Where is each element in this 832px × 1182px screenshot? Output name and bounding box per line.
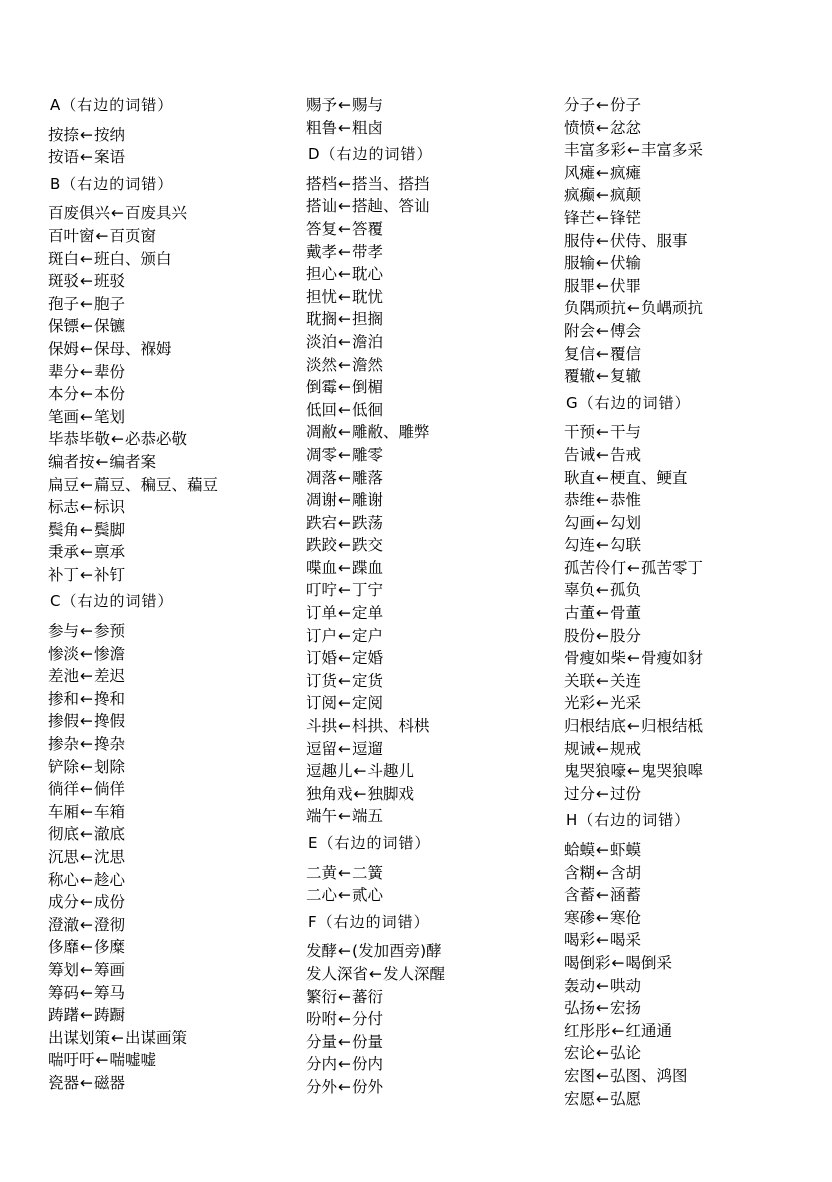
correct-word: 逗留	[306, 740, 337, 758]
left-arrow-icon: ←	[80, 1004, 93, 1027]
left-arrow-icon: ←	[338, 376, 351, 399]
wrong-word: 差迟	[94, 667, 125, 685]
wrong-word: 带孝	[352, 243, 383, 261]
wrong-word: 筹马	[94, 984, 125, 1002]
list-item: 答复←答覆	[306, 218, 556, 241]
wrong-word: 答覆	[352, 220, 383, 238]
list-item: 笔画←笔划	[48, 406, 298, 429]
wrong-word: 成份	[94, 893, 125, 911]
list-item: 服罪←伏罪	[564, 275, 814, 298]
list-item: 低回←低徊	[306, 399, 556, 422]
list-item: 扁豆←萹豆、稨豆、藊豆	[48, 474, 298, 497]
left-arrow-icon: ←	[338, 647, 351, 670]
correct-word: 掺和	[48, 690, 79, 708]
wrong-word: 喝倒采	[626, 954, 673, 972]
left-arrow-icon: ←	[80, 959, 93, 982]
wrong-word: 保母、褓姆	[94, 340, 172, 358]
left-arrow-icon: ←	[338, 738, 351, 761]
left-arrow-icon: ←	[80, 665, 93, 688]
wrong-word: 含胡	[610, 864, 641, 882]
list-item: 蛤蟆←虾蟆	[564, 839, 814, 862]
wrong-word: 骨瘦如豺	[641, 649, 703, 667]
left-arrow-icon: ←	[596, 207, 609, 230]
left-arrow-icon: ←	[627, 139, 640, 162]
list-item: 戴孝←带孝	[306, 241, 556, 264]
correct-word: 服输	[564, 254, 595, 272]
correct-word: 端午	[306, 807, 337, 825]
left-arrow-icon: ←	[80, 124, 93, 147]
correct-word: 分子	[564, 96, 595, 114]
correct-word: 彻底	[48, 825, 79, 843]
list-item: 出谋划策←出谋画策	[48, 1027, 298, 1050]
list-item: 斗拱←枓拱、枓栱	[306, 715, 556, 738]
wrong-word: 搀杂	[94, 735, 125, 753]
left-arrow-icon: ←	[596, 929, 609, 952]
left-arrow-icon: ←	[338, 218, 351, 241]
wrong-word: 搀和	[94, 690, 125, 708]
left-arrow-icon: ←	[80, 361, 93, 384]
list-item: 秉承←禀承	[48, 541, 298, 564]
list-item: 二黄←二簧	[306, 862, 556, 885]
list-item: 赐予←赐与	[306, 94, 556, 117]
left-arrow-icon: ←	[627, 297, 640, 320]
left-arrow-icon: ←	[596, 1088, 609, 1111]
wrong-word: 澈底	[94, 825, 125, 843]
wrong-word: 疯瘫	[610, 164, 641, 182]
correct-word: 惨淡	[48, 645, 79, 663]
correct-word: 叮咛	[306, 581, 337, 599]
correct-word: 负隅顽抗	[564, 299, 626, 317]
left-arrow-icon: ←	[80, 541, 93, 564]
left-arrow-icon: ←	[596, 320, 609, 343]
wrong-word: 耽心	[352, 265, 383, 283]
left-arrow-icon: ←	[80, 248, 93, 271]
wrong-word: 枓拱、枓栱	[352, 717, 430, 735]
left-arrow-icon: ←	[627, 760, 640, 783]
column-middle: 赐予←赐与粗鲁←粗卤D（右边的词错）搭档←搭当、搭挡搭讪←搭赸、答讪答复←答覆戴…	[306, 94, 556, 1099]
left-arrow-icon: ←	[596, 862, 609, 885]
left-arrow-icon: ←	[596, 625, 609, 648]
left-arrow-icon: ←	[338, 444, 351, 467]
left-arrow-icon: ←	[80, 383, 93, 406]
wrong-word: 澹然	[352, 356, 383, 374]
left-arrow-icon: ←	[596, 907, 609, 930]
left-arrow-icon: ←	[80, 756, 93, 779]
correct-word: 骨瘦如柴	[564, 649, 626, 667]
list-item: 服输←伏输	[564, 252, 814, 275]
wrong-word: 发人深醒	[383, 965, 445, 983]
list-item: 关联←关连	[564, 670, 814, 693]
wrong-word: 鬓脚	[94, 521, 125, 539]
correct-word: 规诫	[564, 740, 595, 758]
wrong-word: 蕃衍	[352, 988, 383, 1006]
correct-word: 关联	[564, 672, 595, 690]
left-arrow-icon: ←	[596, 738, 609, 761]
correct-word: 喋血	[306, 559, 337, 577]
list-item: 车厢←车箱	[48, 801, 298, 824]
left-arrow-icon: ←	[80, 474, 93, 497]
left-arrow-icon: ←	[596, 275, 609, 298]
correct-word: 干预	[564, 423, 595, 441]
correct-word: 红彤彤	[564, 1022, 611, 1040]
list-item: 百废俱兴←百废具兴	[48, 202, 298, 225]
correct-word: 愤愤	[564, 119, 595, 137]
list-item: 宏愿←弘愿	[564, 1088, 814, 1111]
list-item: 铲除←刬除	[48, 756, 298, 779]
correct-word: 分外	[306, 1078, 337, 1096]
list-item: 归根结底←归根结柢	[564, 715, 814, 738]
left-arrow-icon: ←	[80, 778, 93, 801]
wrong-word: 侈糜	[94, 938, 125, 956]
list-item: 复信←覆信	[564, 343, 814, 366]
list-item: 斑驳←班驳	[48, 270, 298, 293]
list-item: 耿直←梗直、鲠直	[564, 467, 814, 490]
list-item: 古董←骨董	[564, 602, 814, 625]
list-item: 百叶窗←百页窗	[48, 225, 298, 248]
correct-word: 澄澈	[48, 916, 79, 934]
left-arrow-icon: ←	[596, 489, 609, 512]
list-item: 愤愤←忿忿	[564, 117, 814, 140]
correct-word: 孤苦伶仃	[564, 559, 626, 577]
left-arrow-icon: ←	[80, 643, 93, 666]
correct-word: 答复	[306, 220, 337, 238]
correct-word: 担心	[306, 265, 337, 283]
wrong-word: 雕谢	[352, 491, 383, 509]
list-item: 服侍←伏侍、服事	[564, 230, 814, 253]
correct-word: 复信	[564, 345, 595, 363]
correct-word: 成分	[48, 893, 79, 911]
correct-word: 恭维	[564, 491, 595, 509]
correct-word: 服罪	[564, 277, 595, 295]
left-arrow-icon: ←	[80, 620, 93, 643]
correct-word: 锋芒	[564, 209, 595, 227]
left-arrow-icon: ←	[596, 117, 609, 140]
correct-word: 股份	[564, 627, 595, 645]
wrong-word: 辈份	[94, 363, 125, 381]
correct-word: 喝彩	[564, 931, 595, 949]
correct-word: 标志	[48, 498, 79, 516]
left-arrow-icon: ←	[80, 733, 93, 756]
list-item: 按捺←按纳	[48, 124, 298, 147]
left-arrow-icon: ←	[338, 940, 351, 963]
left-arrow-icon: ←	[80, 710, 93, 733]
correct-word: 保姆	[48, 340, 79, 358]
wrong-word: 倒楣	[352, 378, 383, 396]
correct-word: 斗拱	[306, 717, 337, 735]
left-arrow-icon: ←	[596, 884, 609, 907]
left-arrow-icon: ←	[338, 1053, 351, 1076]
wrong-word: 分付	[352, 1010, 383, 1028]
list-item: 保镖←保镳	[48, 315, 298, 338]
correct-word: 搭讪	[306, 197, 337, 215]
list-item: 过分←过份	[564, 783, 814, 806]
left-arrow-icon: ←	[338, 670, 351, 693]
correct-word: 订单	[306, 604, 337, 622]
left-arrow-icon: ←	[338, 263, 351, 286]
left-arrow-icon: ←	[80, 496, 93, 519]
wrong-word: 二簧	[352, 864, 383, 882]
correct-word: 踌躇	[48, 1006, 79, 1024]
list-item: 分量←份量	[306, 1031, 556, 1054]
wrong-word: 虾蟆	[610, 841, 641, 859]
left-arrow-icon: ←	[338, 625, 351, 648]
correct-word: 订户	[306, 627, 337, 645]
wrong-word: (发加酉旁)酵	[352, 942, 442, 960]
left-arrow-icon: ←	[596, 692, 609, 715]
correct-word: 疯癫	[564, 186, 595, 204]
left-arrow-icon: ←	[338, 467, 351, 490]
correct-word: 辜负	[564, 581, 595, 599]
correct-word: 分内	[306, 1055, 337, 1073]
list-item: 规诫←规戒	[564, 738, 814, 761]
correct-word: 分量	[306, 1033, 337, 1051]
wrong-word: 粗卤	[352, 119, 383, 137]
left-arrow-icon: ←	[80, 936, 93, 959]
list-item: 差池←差迟	[48, 665, 298, 688]
correct-word: 筹码	[48, 984, 79, 1002]
left-arrow-icon: ←	[80, 315, 93, 338]
wrong-word: 赐与	[352, 96, 383, 114]
left-arrow-icon: ←	[96, 451, 109, 474]
wrong-word: 必恭必敬	[125, 430, 187, 448]
correct-word: 毕恭毕敬	[48, 430, 110, 448]
list-item: 彻底←澈底	[48, 823, 298, 846]
wrong-word: 定单	[352, 604, 383, 622]
wrong-word: 份外	[352, 1078, 383, 1096]
wrong-word: 份内	[352, 1055, 383, 1073]
list-item: 跌跤←跌交	[306, 534, 556, 557]
list-item: 徜徉←倘佯	[48, 778, 298, 801]
wrong-word: 宏扬	[610, 999, 641, 1017]
correct-word: 按捺	[48, 126, 79, 144]
list-item: 光彩←光采	[564, 692, 814, 715]
list-item: 股份←股分	[564, 625, 814, 648]
left-arrow-icon: ←	[596, 467, 609, 490]
wrong-word: 百废具兴	[125, 204, 187, 222]
wrong-word: 傅会	[610, 322, 641, 340]
wrong-word: 复辙	[610, 367, 641, 385]
list-item: 斑白←班白、颁白	[48, 248, 298, 271]
wrong-word: 低徊	[352, 401, 383, 419]
left-arrow-icon: ←	[338, 602, 351, 625]
correct-word: 百废俱兴	[48, 204, 110, 222]
correct-word: 含蓄	[564, 886, 595, 904]
correct-word: 参与	[48, 622, 79, 640]
wrong-word: 编者案	[110, 453, 157, 471]
list-item: 订婚←定婚	[306, 647, 556, 670]
wrong-word: 耽忧	[352, 288, 383, 306]
list-item: 锋芒←锋铓	[564, 207, 814, 230]
left-arrow-icon: ←	[338, 241, 351, 264]
left-arrow-icon: ←	[596, 997, 609, 1020]
left-arrow-icon: ←	[596, 162, 609, 185]
correct-word: 含糊	[564, 864, 595, 882]
section-header: C（右边的词错）	[50, 590, 298, 613]
list-item: 喘吁吁←喘嘘嘘	[48, 1049, 298, 1072]
correct-word: 古董	[564, 604, 595, 622]
correct-word: 低回	[306, 401, 337, 419]
list-item: 告诫←告戒	[564, 444, 814, 467]
left-arrow-icon: ←	[338, 862, 351, 885]
list-item: 凋落←雕落	[306, 467, 556, 490]
correct-word: 鬼哭狼嚎	[564, 762, 626, 780]
left-arrow-icon: ←	[596, 444, 609, 467]
list-item: 惨淡←惨澹	[48, 643, 298, 666]
left-arrow-icon: ←	[596, 512, 609, 535]
list-item: 孤苦伶仃←孤苦零丁	[564, 557, 814, 580]
list-item: 二心←贰心	[306, 884, 556, 907]
correct-word: 发人深省	[306, 965, 368, 983]
list-item: 订阅←定阅	[306, 692, 556, 715]
correct-word: 戴孝	[306, 243, 337, 261]
list-item: 分子←份子	[564, 94, 814, 117]
wrong-word: 伏侍、服事	[610, 232, 688, 250]
wrong-word: 雕敝、雕弊	[352, 423, 430, 441]
wrong-word: 喝采	[610, 931, 641, 949]
list-item: 喋血←蹀血	[306, 557, 556, 580]
left-arrow-icon: ←	[627, 715, 640, 738]
left-arrow-icon: ←	[612, 952, 625, 975]
list-item: 掺假←搀假	[48, 710, 298, 733]
wrong-word: 孤苦零丁	[641, 559, 703, 577]
list-item: 淡泊←澹泊	[306, 331, 556, 354]
correct-word: 弘扬	[564, 999, 595, 1017]
wrong-word: 定货	[352, 672, 383, 690]
list-item: 搭讪←搭赸、答讪	[306, 195, 556, 218]
list-item: 掺杂←搀杂	[48, 733, 298, 756]
correct-word: 丰富多彩	[564, 141, 626, 159]
wrong-word: 趁心	[94, 871, 125, 889]
list-item: 孢子←胞子	[48, 293, 298, 316]
left-arrow-icon: ←	[338, 884, 351, 907]
list-item: 干预←干与	[564, 421, 814, 444]
list-item: 含蓄←涵蓄	[564, 884, 814, 907]
list-item: 恭维←恭惟	[564, 489, 814, 512]
wrong-word: 定阅	[352, 694, 383, 712]
correct-word: 订货	[306, 672, 337, 690]
wrong-word: 份子	[610, 96, 641, 114]
left-arrow-icon: ←	[338, 805, 351, 828]
left-arrow-icon: ←	[338, 331, 351, 354]
left-arrow-icon: ←	[80, 146, 93, 169]
wrong-word: 关连	[610, 672, 641, 690]
correct-word: 勾画	[564, 514, 595, 532]
correct-word: 侈靡	[48, 938, 79, 956]
list-item: 成分←成份	[48, 891, 298, 914]
correct-word: 徜徉	[48, 780, 79, 798]
list-item: 凋敝←雕敝、雕弊	[306, 421, 556, 444]
list-item: 跌宕←跌荡	[306, 512, 556, 535]
correct-word: 二黄	[306, 864, 337, 882]
left-arrow-icon: ←	[596, 365, 609, 388]
left-arrow-icon: ←	[354, 760, 367, 783]
left-arrow-icon: ←	[80, 1072, 93, 1095]
list-item: 轰动←哄动	[564, 975, 814, 998]
correct-word: 宏图	[564, 1067, 595, 1085]
wrong-word: 搭赸、答讪	[352, 197, 430, 215]
list-item: 发酵←(发加酉旁)酵	[306, 940, 556, 963]
wrong-word: 丁宁	[352, 581, 383, 599]
left-arrow-icon: ←	[596, 252, 609, 275]
correct-word: 寒碜	[564, 909, 595, 927]
correct-word: 归根结底	[564, 717, 626, 735]
wrong-word: 覆信	[610, 345, 641, 363]
list-item: 沉思←沈思	[48, 846, 298, 869]
correct-word: 订婚	[306, 649, 337, 667]
correct-word: 百叶窗	[48, 227, 95, 245]
wrong-word: 保镳	[94, 317, 125, 335]
left-arrow-icon: ←	[338, 512, 351, 535]
list-item: 订户←定户	[306, 625, 556, 648]
correct-word: 订阅	[306, 694, 337, 712]
list-item: 毕恭毕敬←必恭必敬	[48, 428, 298, 451]
list-item: 繁衍←蕃衍	[306, 986, 556, 1009]
list-item: 喝彩←喝采	[564, 929, 814, 952]
list-item: 标志←标识	[48, 496, 298, 519]
list-item: 订单←定单	[306, 602, 556, 625]
wrong-word: 弘愿	[610, 1090, 641, 1108]
correct-word: 掺杂	[48, 735, 79, 753]
list-item: 喝倒彩←喝倒采	[564, 952, 814, 975]
correct-word: 独角戏	[306, 785, 353, 803]
correct-word: 跌宕	[306, 514, 337, 532]
wrong-word: 案语	[94, 148, 125, 166]
correct-word: 蛤蟆	[564, 841, 595, 859]
wrong-word: 按纳	[94, 126, 125, 144]
list-item: 风瘫←疯瘫	[564, 162, 814, 185]
list-item: 补丁←补钉	[48, 564, 298, 587]
correct-word: 覆辙	[564, 367, 595, 385]
correct-word: 编者按	[48, 453, 95, 471]
left-arrow-icon: ←	[80, 982, 93, 1005]
left-arrow-icon: ←	[354, 783, 367, 806]
correct-word: 斑驳	[48, 272, 79, 290]
wrong-word: 恭惟	[610, 491, 641, 509]
left-arrow-icon: ←	[80, 406, 93, 429]
left-arrow-icon: ←	[80, 270, 93, 293]
wrong-word: 班驳	[94, 272, 125, 290]
correct-word: 粗鲁	[306, 119, 337, 137]
wrong-word: 贰心	[352, 886, 383, 904]
wrong-word: 伏罪	[610, 277, 641, 295]
left-arrow-icon: ←	[80, 823, 93, 846]
correct-word: 补丁	[48, 566, 79, 584]
left-arrow-icon: ←	[96, 225, 109, 248]
correct-word: 逗趣儿	[306, 762, 353, 780]
wrong-word: 干与	[610, 423, 641, 441]
list-item: 弘扬←宏扬	[564, 997, 814, 1020]
left-arrow-icon: ←	[338, 557, 351, 580]
list-item: 担心←耽心	[306, 263, 556, 286]
left-arrow-icon: ←	[596, 839, 609, 862]
correct-word: 繁衍	[306, 988, 337, 1006]
left-arrow-icon: ←	[80, 564, 93, 587]
wrong-word: 倘佯	[94, 780, 125, 798]
list-item: 负隅顽抗←负嵎顽抗	[564, 297, 814, 320]
list-item: 瓷器←磁器	[48, 1072, 298, 1095]
wrong-word: 哄动	[610, 977, 641, 995]
left-arrow-icon: ←	[596, 230, 609, 253]
wrong-word: 独脚戏	[368, 785, 415, 803]
left-arrow-icon: ←	[338, 195, 351, 218]
wrong-word: 负嵎顽抗	[641, 299, 703, 317]
left-arrow-icon: ←	[80, 869, 93, 892]
correct-word: 搭档	[306, 175, 337, 193]
correct-word: 风瘫	[564, 164, 595, 182]
wrong-word: 补钉	[94, 566, 125, 584]
correct-word: 勾连	[564, 536, 595, 554]
list-item: 筹划←筹画	[48, 959, 298, 982]
